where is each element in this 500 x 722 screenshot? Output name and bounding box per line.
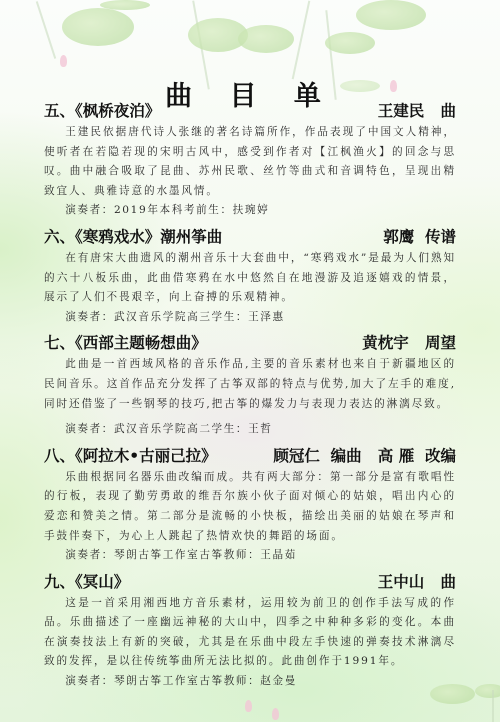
- piece-title: 《阿拉木•古丽己拉》: [75, 447, 217, 465]
- piece-title: 《西部主题畅想曲》: [75, 334, 207, 352]
- piece-performer: 演奏者：琴朗古筝工作室古筝教师：赵金曼: [44, 672, 456, 692]
- piece-number: 五、: [44, 102, 75, 120]
- piece-description: 这是一首采用湘西地方音乐素材，运用较为前卫的创作手法写成的作品。乐曲描述了一座幽…: [44, 594, 456, 672]
- piece-performer: 演奏者：2019年本科考前生：扶琬婷: [44, 201, 456, 221]
- piece-description: 此曲是一首西域风格的音乐作品,主要的音乐素材也来自于新疆地区的民间音乐。这首作品…: [44, 355, 456, 414]
- piece-composer: 王建民 曲: [378, 99, 456, 123]
- piece-heading: 九、《冥山》 王中山 曲: [44, 570, 456, 594]
- program-item: 五、《枫桥夜泊》 王建民 曲 王建民依据唐代诗人张继的著名诗篇所作，作品表现了中…: [44, 99, 456, 221]
- piece-title: 《冥山》: [75, 573, 129, 591]
- lotus-leaf-icon: [356, 0, 426, 30]
- piece-composer: 王中山 曲: [378, 570, 456, 594]
- program-item: 九、《冥山》 王中山 曲 这是一首采用湘西地方音乐素材，运用较为前卫的创作手法写…: [44, 570, 456, 692]
- piece-number: 九、: [44, 573, 75, 591]
- piece-description: 在有唐宋大曲遗风的潮州音乐十大套曲中，“寒鸦戏水”是最为人们熟知的六十八板乐曲，…: [44, 249, 456, 308]
- piece-performer: 演奏者：琴朗古筝工作室古筝教师：王晶茹: [44, 546, 456, 566]
- lotus-leaf-icon: [188, 18, 248, 52]
- program-item: 六、《寒鸦戏水》潮州筝曲 郭鹰 传谱 在有唐宋大曲遗风的潮州音乐十大套曲中，“寒…: [44, 225, 456, 327]
- piece-heading: 五、《枫桥夜泊》 王建民 曲: [44, 99, 456, 123]
- lotus-leaf-icon: [62, 8, 134, 46]
- piece-description: 乐曲根据同名器乐曲改编而成。共有两大部分：第一部分是富有歌唱性的行板，表现了勤劳…: [44, 468, 456, 546]
- piece-composer: 郭鹰 传谱: [383, 225, 456, 249]
- piece-composer: 顾冠仁 编曲 高 雁 改编: [273, 444, 456, 468]
- program-item: 七、《西部主题畅想曲》 黄枕宇 周望 此曲是一首西域风格的音乐作品,主要的音乐素…: [44, 331, 456, 439]
- piece-performer: 演奏者：武汉音乐学院高二学生：王哲: [44, 420, 456, 440]
- piece-heading: 六、《寒鸦戏水》潮州筝曲 郭鹰 传谱: [44, 225, 456, 249]
- piece-performer: 演奏者：武汉音乐学院高三学生：王泽惠: [44, 308, 456, 328]
- piece-heading: 七、《西部主题畅想曲》 黄枕宇 周望: [44, 331, 456, 355]
- piece-title: 《枫桥夜泊》: [75, 102, 160, 120]
- piece-title: 《寒鸦戏水》潮州筝曲: [75, 228, 222, 246]
- program-list: 五、《枫桥夜泊》 王建民 曲 王建民依据唐代诗人张继的著名诗篇所作，作品表现了中…: [44, 99, 456, 696]
- lotus-bud-icon: [60, 55, 67, 67]
- piece-heading: 八、《阿拉木•古丽己拉》 顾冠仁 编曲 高 雁 改编: [44, 444, 456, 468]
- piece-description: 王建民依据唐代诗人张继的著名诗篇所作，作品表现了中国文人精神，使听者在若隐若现的…: [44, 123, 456, 201]
- piece-number: 七、: [44, 334, 75, 352]
- program-item: 八、《阿拉木•古丽己拉》 顾冠仁 编曲 高 雁 改编 乐曲根据同名器乐曲改编而成…: [44, 444, 456, 566]
- piece-composer: 黄枕宇 周望: [362, 331, 456, 355]
- piece-number: 八、: [44, 447, 75, 465]
- piece-number: 六、: [44, 228, 75, 246]
